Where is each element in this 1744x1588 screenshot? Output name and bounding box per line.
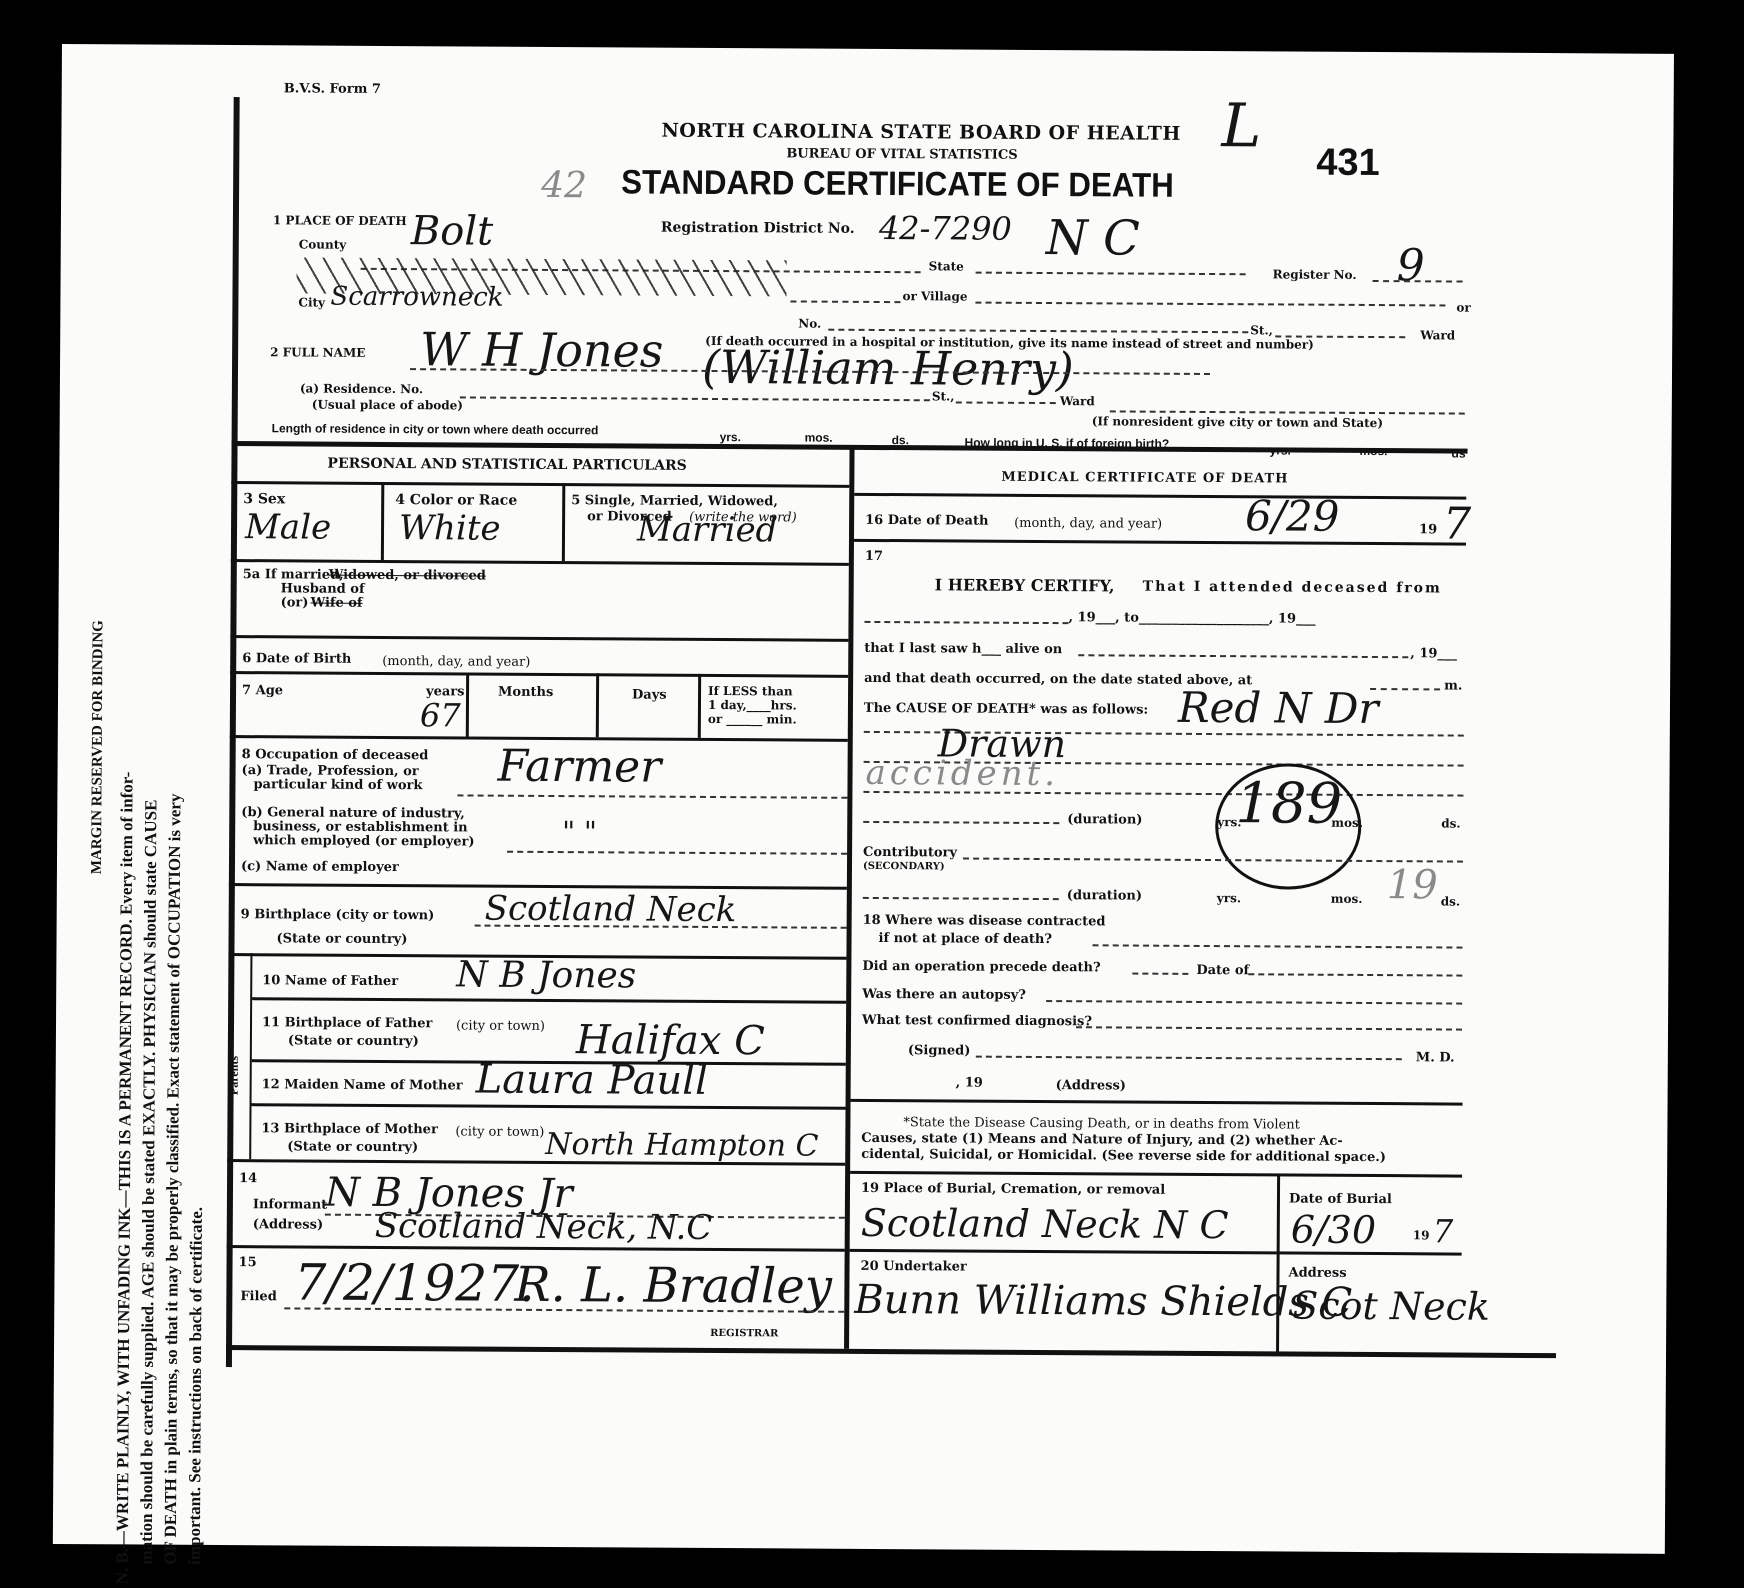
duration-2-mos: mos. xyxy=(1331,892,1363,906)
row14-rule xyxy=(227,1245,845,1252)
register-no-value: 9 xyxy=(1397,240,1425,291)
father-value: N B Jones xyxy=(456,954,636,996)
secondary-label: (SECONDARY) xyxy=(863,861,945,872)
register-no-label: Register No. xyxy=(1273,267,1357,282)
operation-date-line xyxy=(1248,973,1462,976)
months-days-divider xyxy=(596,673,599,737)
days-less-divider xyxy=(698,674,701,738)
industry-label-3: which employed (or employer) xyxy=(253,833,474,849)
days-label: Days xyxy=(632,687,667,702)
duration-ds: ds. xyxy=(1441,816,1460,830)
race-label: 4 Color or Race xyxy=(395,492,517,509)
age-label: 7 Age xyxy=(242,683,283,698)
bureau-title: BUREAU OF VITAL STATISTICS xyxy=(786,146,1017,162)
burial-date-label: Date of Burial xyxy=(1289,1192,1392,1208)
village-line xyxy=(975,302,1445,307)
state-label: State xyxy=(929,259,964,273)
father-label: 10 Name of Father xyxy=(262,973,398,989)
test-line xyxy=(1076,1026,1462,1030)
signed-rule xyxy=(851,1099,1463,1106)
burial-year-value: 7 xyxy=(1433,1212,1454,1250)
city-street-line xyxy=(828,329,1248,334)
date-of-death-year-prefix: 19 xyxy=(1419,522,1437,537)
residence-st-label: St., xyxy=(932,389,955,403)
dob-label: 6 Date of Birth xyxy=(242,651,351,667)
filed-date-value: 7/2/1927. xyxy=(294,1253,535,1312)
less-than-label-3: or ______ min. xyxy=(708,712,797,727)
nonresident-note: (If nonresident give city or town and St… xyxy=(1092,414,1383,430)
industry-line xyxy=(507,851,847,855)
certify-text: That I attended deceased from xyxy=(1143,579,1442,597)
months-label: Months xyxy=(498,685,553,700)
age-months-divider xyxy=(466,672,469,736)
marital-value: Married xyxy=(637,510,778,551)
certificate-title: STANDARD CERTIFICATE OF DEATH xyxy=(621,163,1174,205)
signed-year-label: , 19 xyxy=(956,1075,983,1090)
state-value: N C xyxy=(1046,210,1140,267)
death-certificate: MARGIN RESERVED FOR BINDING N. B.—WRITE … xyxy=(53,44,1674,1554)
mother-birthplace-label: 13 Birthplace of Mother xyxy=(261,1121,438,1137)
trade-line xyxy=(457,794,847,798)
attended-from-line xyxy=(864,621,1068,624)
industry-value: " " xyxy=(562,815,597,848)
sex-value: Male xyxy=(245,507,331,548)
contracted-line xyxy=(1093,944,1463,948)
city-label: City xyxy=(298,295,325,309)
race-marital-divider xyxy=(562,483,565,561)
informant-number: 14 xyxy=(239,1171,257,1186)
residence-no-line xyxy=(460,396,930,401)
city-st-label: St., xyxy=(1250,323,1273,337)
full-name-expanded: (William Henry) xyxy=(702,340,1074,396)
city-value: Scarrowneck xyxy=(330,282,503,313)
burial-date-value: 6/30 xyxy=(1291,1208,1377,1253)
undertaker-address-label: Address xyxy=(1288,1266,1346,1281)
duration-2-label: (duration) xyxy=(1067,888,1142,903)
marital-label: 5 Single, Married, Widowed, xyxy=(571,493,778,509)
birthplace-sublabel: (State or country) xyxy=(276,931,407,947)
last-saw-year: , 19___ xyxy=(1410,646,1457,661)
margin-note-line-4: important. See instructions on back of c… xyxy=(183,1207,209,1565)
registrar-signature: R. L. Bradley xyxy=(514,1257,832,1315)
birthplace-label: 9 Birthplace (city or town) xyxy=(241,907,435,923)
informant-address-value: Scotland Neck, N.C xyxy=(375,1206,713,1248)
father-birthplace-sublabel: (State or country) xyxy=(288,1033,419,1049)
residence-ward-line xyxy=(956,401,1056,404)
death-time-m: m. xyxy=(1444,678,1462,693)
mother-label: 12 Maiden Name of Mother xyxy=(262,1077,463,1093)
informant-address-label: (Address) xyxy=(253,1217,323,1232)
date-of-death-value: 6/29 xyxy=(1245,491,1340,541)
cause-line-3 xyxy=(863,791,1463,797)
personal-section-title: PERSONAL AND STATISTICAL PARTICULARS xyxy=(327,456,686,474)
less-than-label-1: If LESS than xyxy=(708,684,793,699)
operation-label: Did an operation precede death? xyxy=(862,959,1100,975)
footnote-rule xyxy=(850,1171,1462,1178)
parents-label: Parents xyxy=(222,1056,246,1095)
personal-title-rule xyxy=(231,481,849,488)
md-label: M. D. xyxy=(1416,1050,1455,1065)
last-saw-label: that I last saw h___ alive on xyxy=(864,641,1062,657)
circled-code-value: 189 xyxy=(1235,771,1342,837)
residence-mos: mos. xyxy=(805,431,833,445)
duration-2-yrs: yrs. xyxy=(1217,891,1241,905)
duration-label: (duration) xyxy=(1067,812,1142,827)
mother-rule xyxy=(252,1103,846,1110)
city-no-label: No. xyxy=(798,317,821,331)
autopsy-line xyxy=(1046,1000,1462,1005)
village-label: or Village xyxy=(902,289,967,303)
burial-place-label: 19 Place of Burial, Cremation, or remova… xyxy=(861,1181,1165,1198)
county-value: Bolt xyxy=(411,208,494,255)
dob-hint: (month, day, and year) xyxy=(382,654,530,670)
top-left-number: 42 xyxy=(541,165,587,206)
place-of-death-label: 1 PLACE OF DEATH xyxy=(273,213,407,228)
margin-reserved-label: MARGIN RESERVED FOR BINDING xyxy=(85,620,111,874)
signed-address-label: (Address) xyxy=(1056,1078,1126,1093)
row6-rule xyxy=(230,671,848,678)
cause-value-3: accident. xyxy=(865,753,1059,794)
signed-line xyxy=(976,1056,1402,1061)
death-time-line xyxy=(1370,688,1440,690)
registration-district-label: Registration District No. xyxy=(661,220,855,237)
corner-number: 431 xyxy=(1316,142,1380,185)
filed-label: Filed xyxy=(240,1289,277,1304)
occupation-label: 8 Occupation of deceased xyxy=(242,747,429,763)
sex-label: 3 Sex xyxy=(243,491,285,507)
father-rule xyxy=(252,997,846,1004)
or-label: or xyxy=(1456,301,1470,315)
duration-2-ds: ds. xyxy=(1441,894,1460,908)
center-divider xyxy=(844,449,854,1349)
full-name-label: 2 FULL NAME xyxy=(270,345,365,360)
footnote-line-1: *State the Disease Causing Death, or in … xyxy=(903,1115,1299,1132)
footnote-line-2: Causes, state (1) Means and Nature of In… xyxy=(861,1131,1342,1149)
secondary-mark: 19 xyxy=(1387,862,1438,908)
test-label: What test confirmed diagnosis? xyxy=(862,1013,1092,1029)
row5a-rule xyxy=(230,635,848,642)
race-value: White xyxy=(399,508,501,549)
bottom-border xyxy=(226,1345,1556,1358)
county-label: County xyxy=(299,237,347,251)
duration-line xyxy=(863,821,1059,824)
burial-place-value: Scotland Neck N C xyxy=(861,1201,1229,1247)
length-of-residence-label: Length of residence in city or town wher… xyxy=(272,421,599,437)
burial-year-prefix: 19 xyxy=(1413,1228,1430,1242)
certify-bold: I HEREBY CERTIFY, xyxy=(935,575,1115,595)
residence-yrs: yrs. xyxy=(720,430,741,444)
mother-birthplace-value: North Hampton C xyxy=(545,1127,818,1164)
residence-ward-label: Ward xyxy=(1060,394,1095,408)
registrar-label: REGISTRAR xyxy=(710,1328,778,1339)
contracted-label-2: if not at place of death? xyxy=(879,931,1053,947)
parents-divider xyxy=(249,953,252,1159)
register-no-line xyxy=(1373,280,1463,283)
father-birthplace-label: 11 Birthplace of Father xyxy=(262,1015,432,1031)
sex-race-divider xyxy=(381,482,384,560)
contracted-label-1: 18 Where was disease contracted xyxy=(863,913,1106,929)
agency-title: NORTH CAROLINA STATE BOARD OF HEALTH xyxy=(661,120,1180,145)
date-of-death-hint: (month, day, and year) xyxy=(1014,516,1162,532)
contributory-label: Contributory xyxy=(863,845,957,861)
employer-label: (c) Name of employer xyxy=(241,859,399,875)
medical-title-rule xyxy=(854,493,1466,500)
age-value: 67 xyxy=(420,696,461,734)
cause-of-death-label: The CAUSE OF DEATH* was as follows: xyxy=(864,701,1148,718)
operation-date-label: Date of xyxy=(1196,963,1249,978)
or-label: (or) xyxy=(281,595,309,610)
less-than-label-2: 1 day,____hrs. xyxy=(708,698,797,713)
mother-birthplace-hint: (city or town) xyxy=(455,1124,544,1140)
undertaker-value: Bunn Williams Shields C xyxy=(854,1277,1352,1326)
autopsy-label: Was there an autopsy? xyxy=(862,987,1026,1003)
left-border xyxy=(226,97,240,1367)
trade-value: Farmer xyxy=(497,741,661,793)
corner-letter: L xyxy=(1221,91,1261,161)
cause-value-1: Red N Dr xyxy=(1178,683,1379,733)
attended-from-to: , 19___, to____________________, 19___ xyxy=(1068,610,1315,627)
mother-birthplace-sublabel: (State or country) xyxy=(287,1139,418,1155)
state-field-line xyxy=(976,272,1246,276)
footnote-line-3: cidental, Suicidal, or Homicidal. (See r… xyxy=(861,1147,1386,1165)
undertaker-address-value: Scot Neck xyxy=(1292,1284,1490,1329)
undertaker-label: 20 Undertaker xyxy=(861,1259,967,1275)
item-17: 17 xyxy=(865,549,883,564)
city-ward-label: Ward xyxy=(1420,328,1455,342)
residence-sublabel: (Usual place of abode) xyxy=(312,398,463,413)
township-line xyxy=(790,300,900,303)
mother-value: Laura Paull xyxy=(476,1057,708,1104)
form-id: B.V.S. Form 7 xyxy=(284,81,381,97)
wife-of-label: Wife of xyxy=(311,596,363,611)
row3-rule xyxy=(231,559,849,566)
medical-section-title: MEDICAL CERTIFICATE OF DEATH xyxy=(1001,470,1288,487)
filed-number: 15 xyxy=(239,1255,257,1270)
informant-label: Informant xyxy=(253,1197,327,1212)
operation-line xyxy=(1132,973,1188,975)
residence-label: (a) Residence. No. xyxy=(300,381,423,396)
last-saw-line xyxy=(1078,654,1408,658)
trade-label-2: particular kind of work xyxy=(253,777,422,793)
duration-2-line xyxy=(863,897,1059,900)
father-birthplace-hint: (city or town) xyxy=(456,1018,545,1034)
signed-label: (Signed) xyxy=(908,1043,971,1058)
date-of-death-label: 16 Date of Death xyxy=(865,513,988,529)
registration-district-value: 42-7290 xyxy=(879,209,1012,248)
dod-rule xyxy=(854,539,1466,546)
